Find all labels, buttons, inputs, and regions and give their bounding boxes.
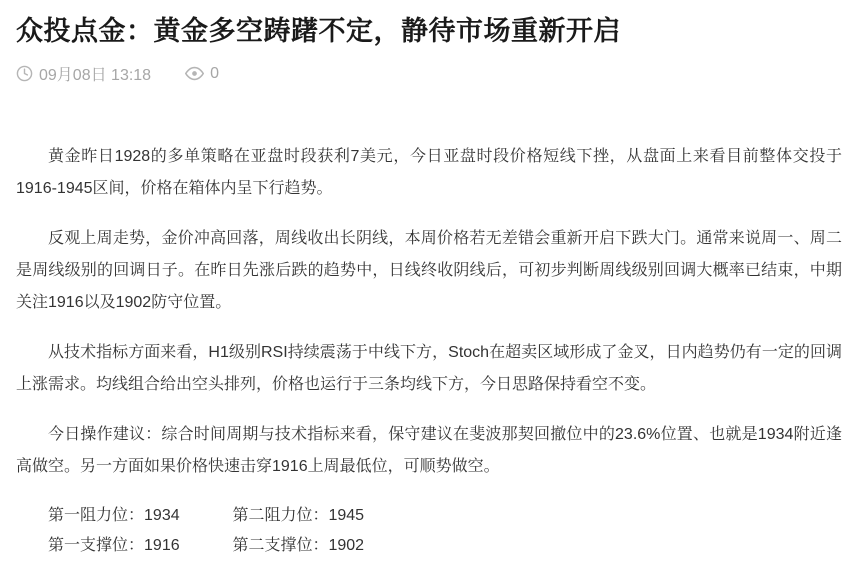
level-value: 1945: [328, 507, 364, 524]
views-group: 0: [185, 64, 219, 83]
level-value: 1916: [144, 537, 180, 554]
support-2: 第二支撑位：1902: [232, 531, 364, 561]
level-label: 第二支撑位：: [232, 537, 328, 554]
resistance-row: 第一阻力位：1934 第二阻力位：1945: [48, 501, 842, 531]
article-body: 黄金昨日1928的多单策略在亚盘时段获利7美元，今日亚盘时段价格短线下挫，从盘面…: [16, 141, 842, 483]
levels-block: 第一阻力位：1934 第二阻力位：1945 第一支撑位：1916 第二支撑位：1…: [16, 501, 842, 561]
article-paragraph: 今日操作建议：综合时间周期与技术指标来看，保守建议在斐波那契回撤位中的23.6%…: [16, 419, 842, 483]
support-1: 第一支撑位：1916: [48, 531, 228, 561]
article-paragraph: 从技术指标方面来看，H1级别RSI持续震荡于中线下方，Stoch在超卖区域形成了…: [16, 337, 842, 401]
view-count: 0: [210, 65, 219, 83]
level-value: 1902: [328, 537, 364, 554]
support-row: 第一支撑位：1916 第二支撑位：1902: [48, 531, 842, 561]
page-title: 众投点金：黄金多空踌躇不定，静待市场重新开启: [16, 14, 842, 48]
level-label: 第一支撑位：: [48, 537, 144, 554]
article-paragraph: 反观上周走势，金价冲高回落，周线收出长阴线，本周价格若无差错会重新开启下跌大门。…: [16, 223, 842, 319]
level-value: 1934: [144, 507, 180, 524]
resistance-2: 第二阻力位：1945: [232, 501, 364, 531]
resistance-1: 第一阻力位：1934: [48, 501, 228, 531]
article-paragraph: 黄金昨日1928的多单策略在亚盘时段获利7美元，今日亚盘时段价格短线下挫，从盘面…: [16, 141, 842, 205]
clock-icon: [16, 65, 33, 82]
article: 众投点金：黄金多空踌躇不定，静待市场重新开启 09月08日 13:18 0: [0, 0, 858, 561]
level-label: 第二阻力位：: [232, 507, 328, 524]
meta-row: 09月08日 13:18 0: [16, 62, 842, 85]
level-label: 第一阻力位：: [48, 507, 144, 524]
page: 众投点金：黄金多空踌躇不定，静待市场重新开启 09月08日 13:18 0: [0, 0, 858, 564]
eye-icon: [185, 64, 204, 83]
publish-date: 09月08日 13:18: [39, 62, 151, 85]
